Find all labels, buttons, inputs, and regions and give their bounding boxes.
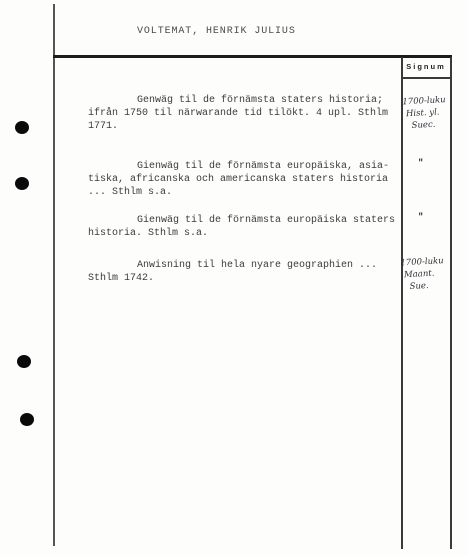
entry-line: tiska, africanska och americanska stater… — [88, 173, 400, 186]
signum-handwritten-note: 1700-luku Maant. Sue. — [400, 255, 454, 294]
entry-line: ... Sthlm s.a. — [88, 186, 400, 199]
signum-column-header: Signum — [401, 62, 451, 71]
card-right-rule — [450, 57, 452, 549]
catalog-entry: Anwisning til hela nyare geographien ...… — [88, 259, 400, 285]
entry-line: Genwäg til de förnämsta staters historia… — [137, 94, 400, 107]
entry-line: Gienwäg til de förnämsta europäiska stat… — [137, 214, 400, 227]
signum-line: Suec. — [411, 118, 456, 132]
entry-line: Gienwäg til de förnämsta europäiska, asi… — [137, 160, 400, 173]
signum-line: Sue. — [409, 279, 454, 293]
punch-hole — [15, 177, 29, 190]
signum-ditto-mark: ″ — [418, 212, 423, 222]
entry-line: Sthlm 1742. — [88, 272, 400, 285]
catalog-entry: Gienwäg til de förnämsta europäiska, asi… — [88, 160, 400, 199]
signum-ditto-mark: ″ — [418, 158, 423, 168]
signum-handwritten-note: 1700-luku Hist. yl. Suec. — [402, 94, 456, 133]
catalog-entry: Gienwäg til de förnämsta europäiska stat… — [88, 214, 400, 240]
punch-hole — [15, 121, 29, 134]
catalog-card-page: VOLTEMAT, HENRIK JULIUS Signum Genwäg ti… — [0, 0, 468, 555]
punch-hole — [17, 355, 31, 368]
punch-hole — [20, 413, 34, 426]
entry-line: historia. Sthlm s.a. — [88, 227, 400, 240]
signum-header-bottom-rule — [401, 77, 452, 79]
entry-line: 1771. — [88, 120, 400, 133]
entry-line: Anwisning til hela nyare geographien ... — [137, 259, 400, 272]
card-left-rule — [53, 4, 55, 546]
catalog-entry: Genwäg til de förnämsta staters historia… — [88, 94, 400, 133]
signum-column-left-rule — [401, 57, 403, 549]
card-heading: VOLTEMAT, HENRIK JULIUS — [137, 26, 296, 37]
entry-line: ifrån 1750 til närwarande tid tilökt. 4 … — [88, 107, 400, 120]
card-top-rule — [53, 55, 452, 58]
